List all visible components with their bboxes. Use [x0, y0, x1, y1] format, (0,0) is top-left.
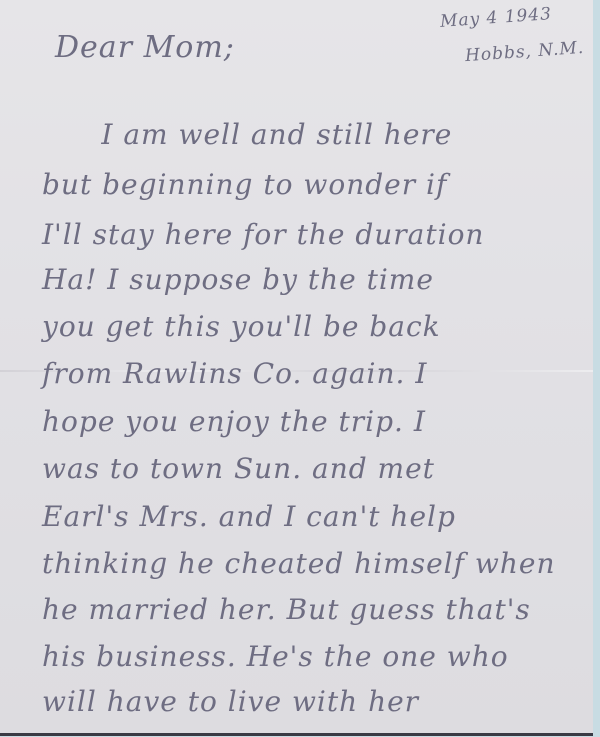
letter-line: his business. He's the one who — [42, 640, 509, 673]
letter-greeting: Dear Mom; — [55, 30, 235, 65]
letter-line: will have to live with her — [42, 685, 419, 718]
letter-line: he married her. But guess that's — [42, 593, 531, 626]
letter-line: Ha! I suppose by the time — [42, 263, 434, 296]
letter-line: from Rawlins Co. again. I — [42, 357, 427, 390]
letter-line: I'll stay here for the duration — [42, 218, 484, 251]
letter-line: Earl's Mrs. and I can't help — [42, 500, 456, 533]
letter-place: Hobbs, N.M. — [464, 38, 584, 66]
letter-line: but beginning to wonder if — [42, 168, 447, 201]
letter-line: hope you enjoy the trip. I — [42, 405, 426, 438]
letter-line: was to town Sun. and met — [42, 452, 435, 485]
letter-page: May 4 1943 Hobbs, N.M. Dear Mom; I am we… — [0, 0, 593, 736]
letter-line: thinking he cheated himself when — [42, 547, 555, 580]
letter-line: you get this you'll be back — [42, 310, 441, 343]
letter-line: I am well and still here — [42, 118, 452, 151]
letter-date: May 4 1943 — [439, 4, 552, 32]
